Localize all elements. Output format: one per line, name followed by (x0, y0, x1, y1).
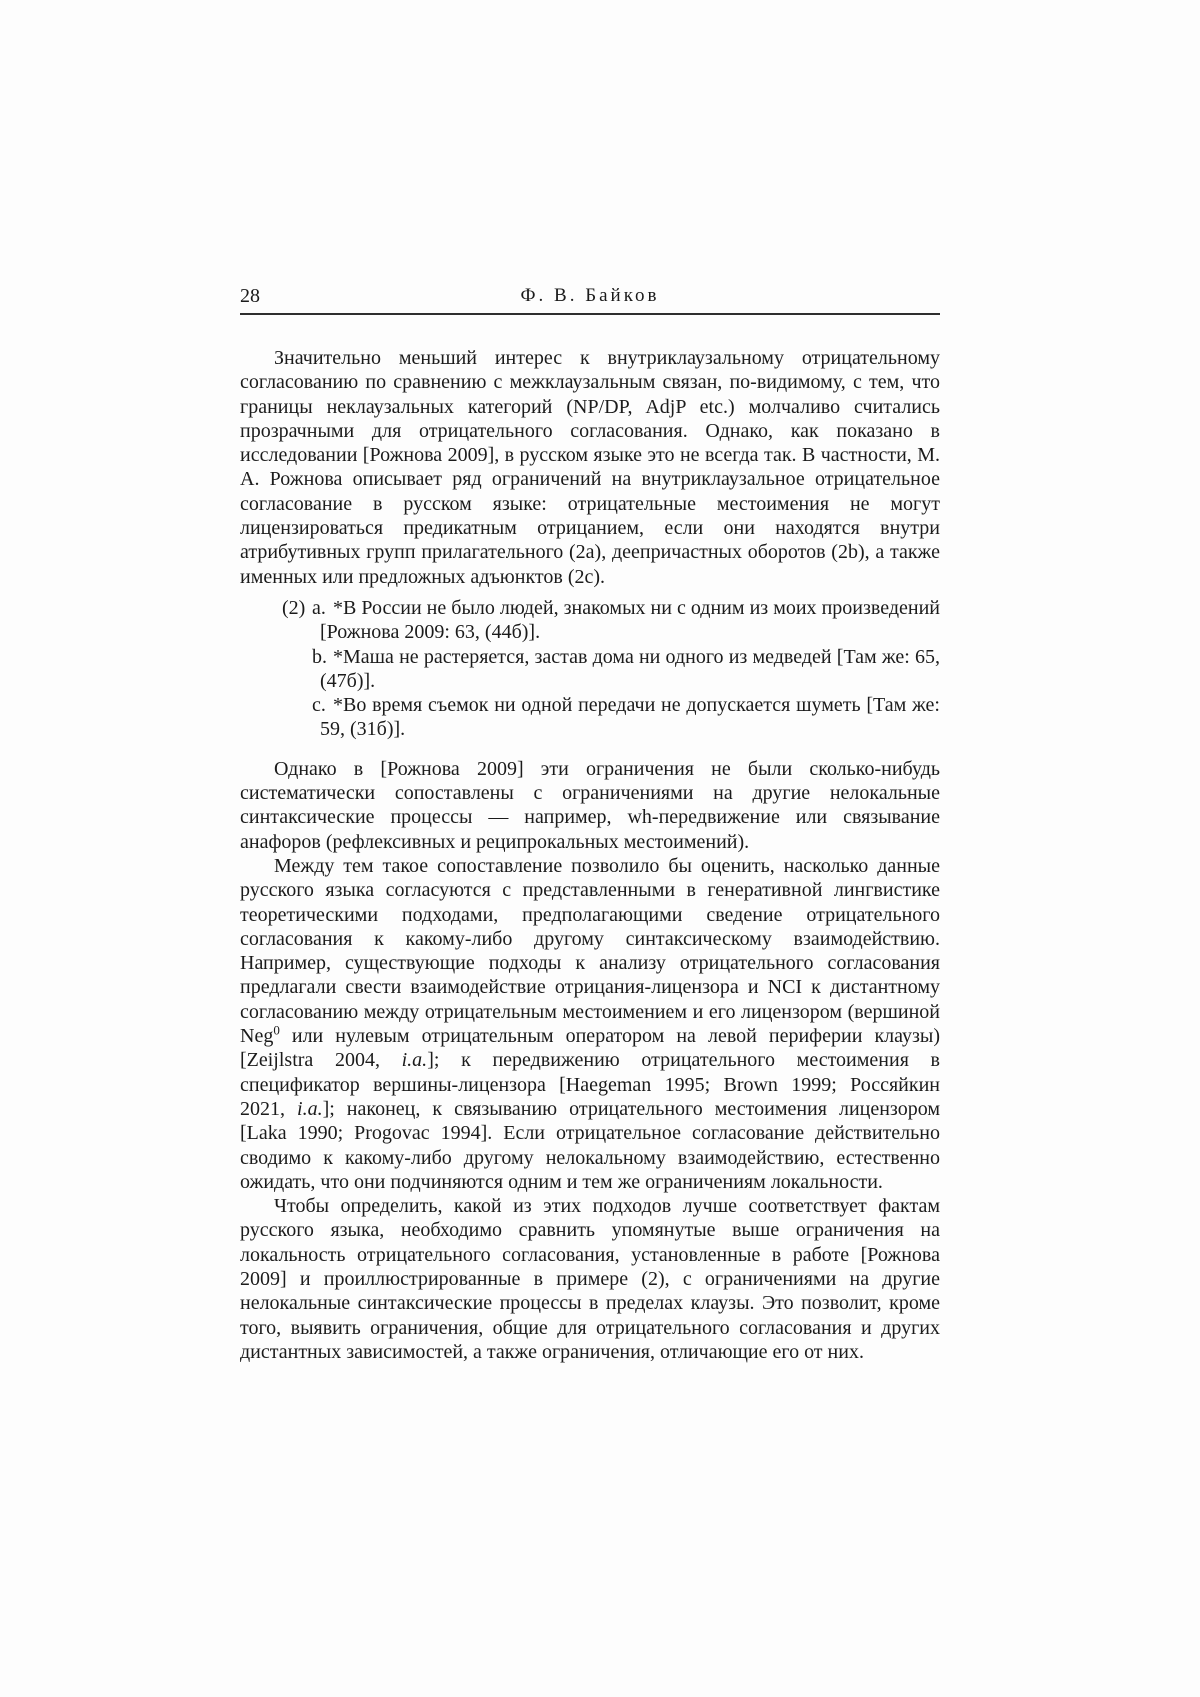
example-text-b: *Маша не растеряется, застав дома ни одн… (320, 646, 940, 692)
paragraph-1: Значительно меньший интерес к внутриклау… (240, 346, 940, 589)
paragraph-4: Чтобы определить, какой из этих подходов… (240, 1194, 940, 1364)
example-item-c: c. *Во время съемок ни одной передачи не… (240, 693, 940, 742)
paragraph-3: Между тем такое сопоставление позволило … (240, 854, 940, 1194)
example-text-c: *Во время съемок ни одной передачи не до… (320, 694, 940, 740)
header-rule (240, 313, 940, 315)
example-letter-a: a. (312, 596, 326, 620)
scanned-page: 28 Ф. В. Байков Значительно меньший инте… (0, 0, 1200, 1697)
paragraph-2: Однако в [Рожнова 2009] эти ограничения … (240, 757, 940, 854)
text-column: 28 Ф. В. Байков Значительно меньший инте… (240, 0, 940, 1364)
example-block-number: (2) (282, 596, 305, 620)
example-block: (2) a. *В России не было людей, знакомых… (240, 596, 940, 742)
example-item-b: b. *Маша не растеряется, застав дома ни … (240, 645, 940, 694)
page-header: 28 Ф. В. Байков (240, 284, 940, 310)
example-letter-c: c. (312, 693, 326, 717)
example-letter-b: b. (312, 645, 327, 669)
running-head: Ф. В. Байков (240, 284, 940, 308)
example-text-a: *В России не было людей, знакомых ни с о… (320, 597, 940, 643)
example-item-a: (2) a. *В России не было людей, знакомых… (240, 596, 940, 645)
page-number: 28 (240, 284, 260, 308)
